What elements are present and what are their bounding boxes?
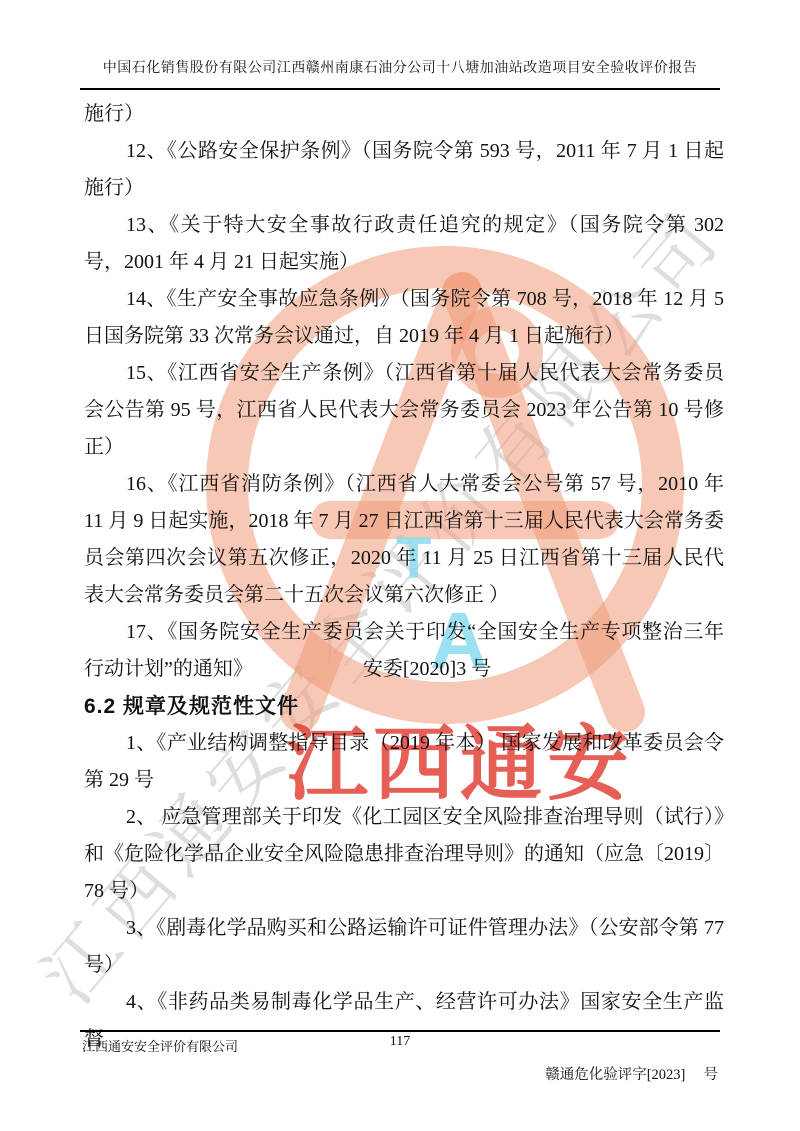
section-heading: 6.2 规章及规范性文件 (84, 688, 724, 725)
page-number: 117 (80, 1034, 720, 1050)
paragraph: 3、《剧毒化学品购买和公路运输许可证件管理办法》（公安部令第 77 号） (84, 910, 724, 984)
paragraph: 2、 应急管理部关于印发《化工园区安全风险排查治理导则（试行）》和《危险化学品企… (84, 799, 724, 910)
paragraph: 15、《江西省安全生产条例》（江西省第十届人民代表大会常务委员会公告第 95 号… (84, 355, 724, 466)
paragraph: 1、《产业结构调整指导目录（2019 年本） 国家发展和改革委员会令第 29 号 (84, 725, 724, 799)
paragraph: 施行） (84, 96, 724, 133)
document-body: 施行） 12、《公路安全保护条例》（国务院令第 593 号，2011 年 7 月… (84, 96, 724, 1058)
paragraph: 12、《公路安全保护条例》（国务院令第 593 号，2011 年 7 月 1 日… (84, 133, 724, 207)
page-footer: 江西通安安全评价有限公司 117 赣通危化验评字[2023] 号 (80, 1030, 720, 1084)
footer-doc-number: 赣通危化验评字[2023] 号 (80, 1063, 720, 1084)
report-title: 中国石化销售股份有限公司江西赣州南康石油分公司十八塘加油站改造项目安全验收评价报… (103, 61, 698, 76)
paragraph: 17、《国务院安全生产委员会关于印发“全国安全生产专项整治三年行动计划”的通知》… (84, 614, 724, 688)
paragraph: 14、《生产安全事故应急条例》（国务院令第 708 号，2018 年 12 月 … (84, 281, 724, 355)
page-header: 中国石化销售股份有限公司江西赣州南康石油分公司十八塘加油站改造项目安全验收评价报… (80, 57, 720, 90)
paragraph: 16、《江西省消防条例》（江西省人大常委会公号第 57 号，2010 年 11 … (84, 466, 724, 614)
document-page: 江西通安安全评价有限公司 T A 江西通安 中国石化销售股份有限公司江西赣州南康… (0, 0, 800, 1131)
paragraph: 13、《关于特大安全事故行政责任追究的规定》（国务院令第 302 号，2001 … (84, 207, 724, 281)
